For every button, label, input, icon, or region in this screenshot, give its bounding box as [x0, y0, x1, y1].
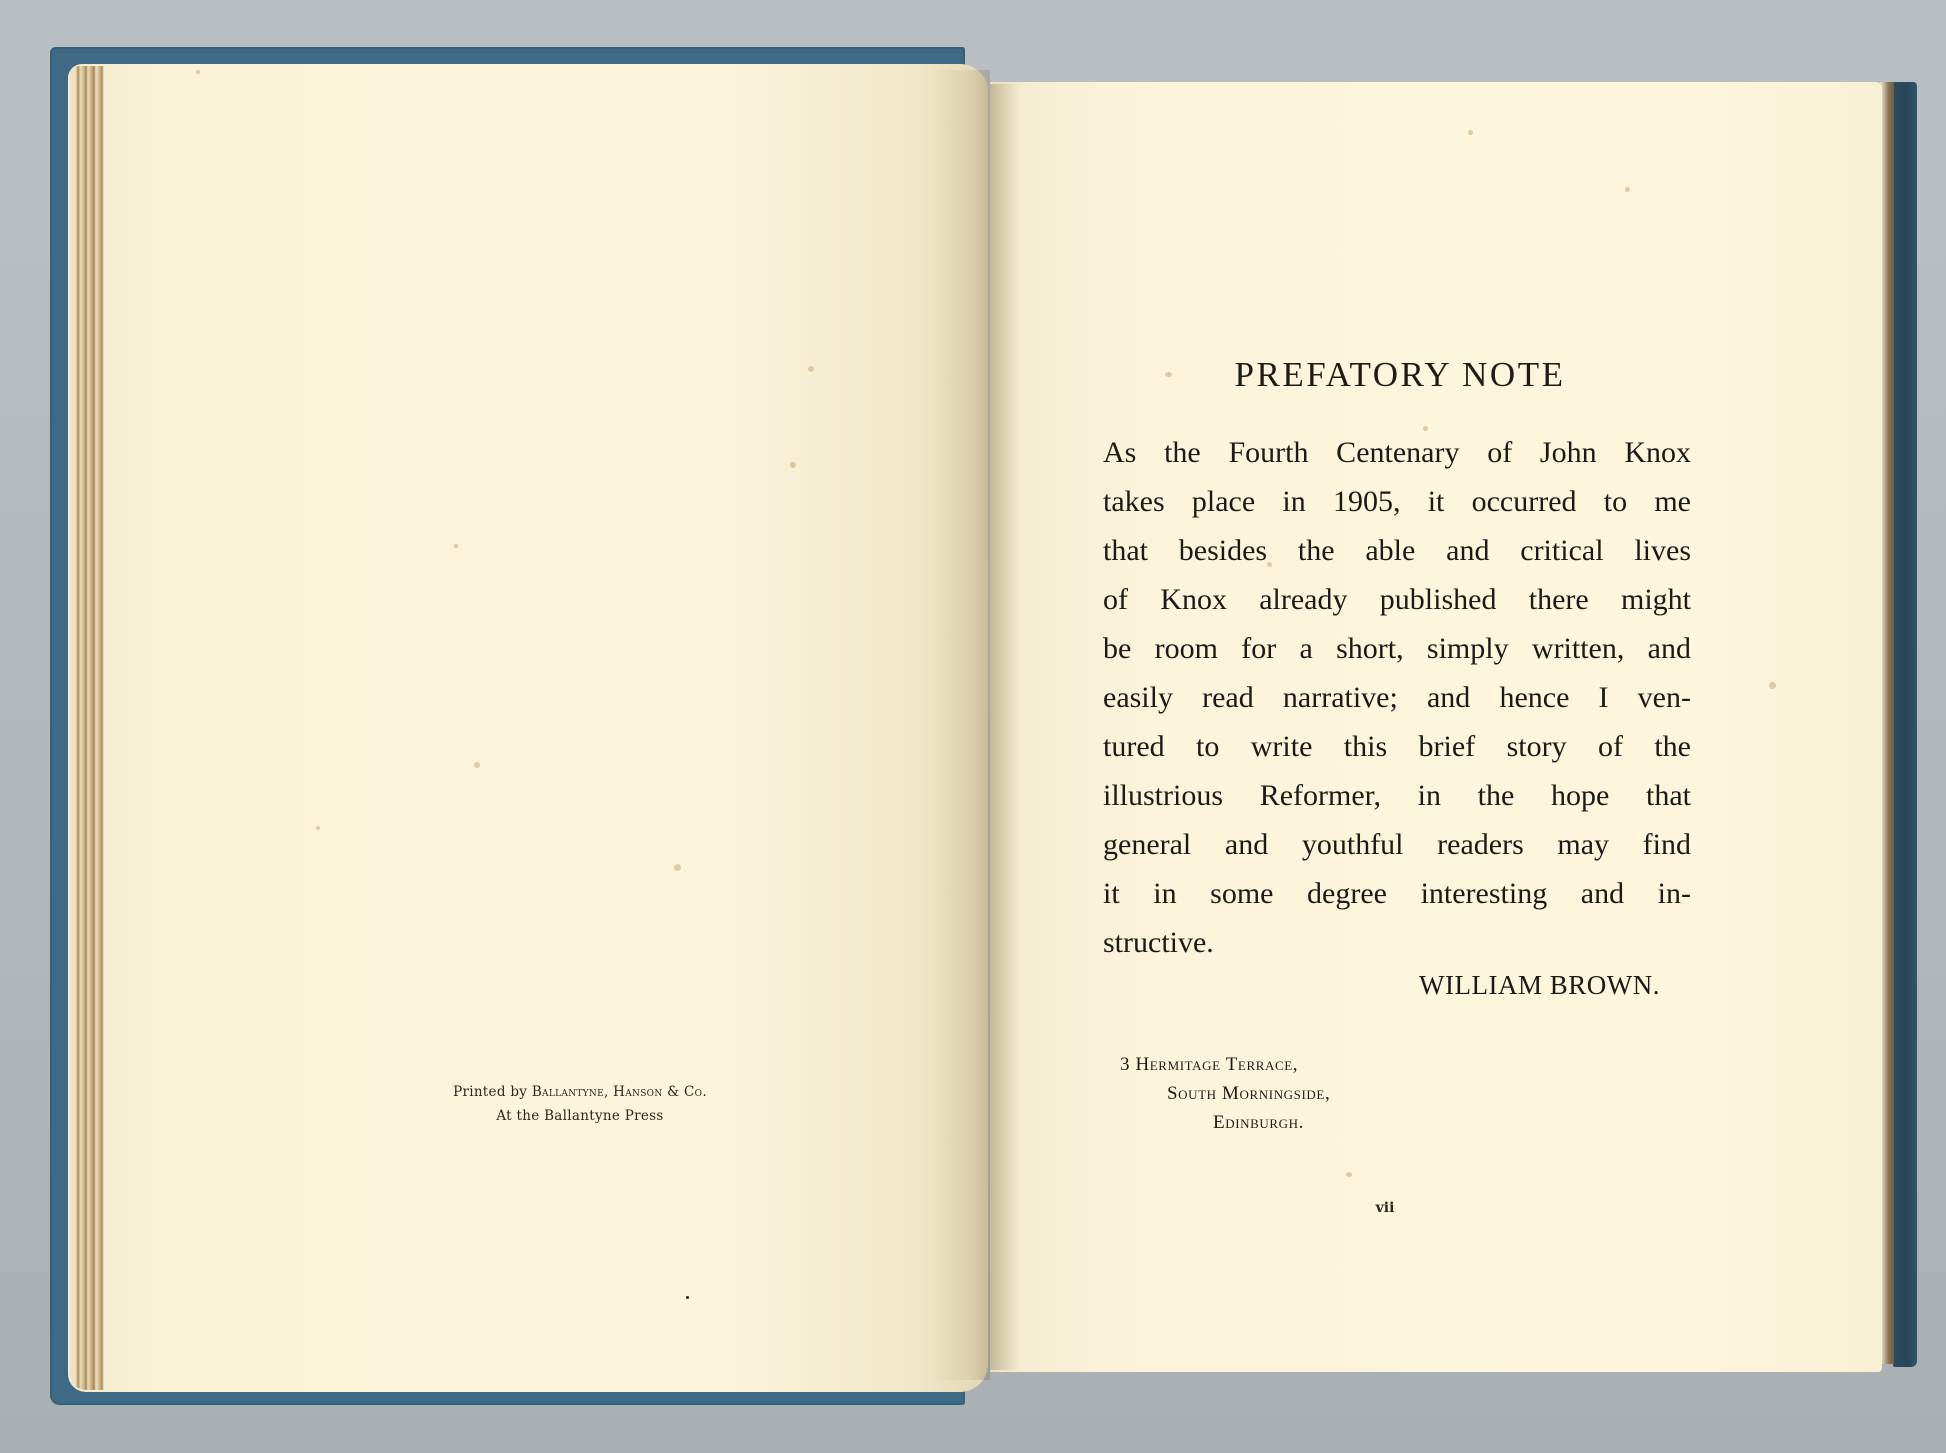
address-line-3: Edinburgh.	[1120, 1108, 1330, 1137]
foxing-spot	[1625, 187, 1630, 192]
foxing-spot	[1769, 682, 1776, 689]
imprint-line-1: Printed by Ballantyne, Hanson & Co.	[380, 1080, 780, 1104]
body-line: easily read narrative; and hence I ven-	[1103, 673, 1691, 722]
address-line-1: 3 Hermitage Terrace,	[1120, 1050, 1330, 1079]
body-line: illustrious Reformer, in the hope that	[1103, 771, 1691, 820]
right-cover-spine	[1893, 82, 1917, 1367]
body-line: that besides the able and critical lives	[1103, 526, 1691, 575]
right-page-block-edge	[1880, 82, 1894, 1364]
foxing-spot	[316, 826, 320, 830]
body-line: general and youthful readers may find	[1103, 820, 1691, 869]
foxing-spot	[1468, 130, 1473, 135]
foxing-spot	[686, 1296, 689, 1299]
left-page-block-edge	[70, 66, 110, 1390]
body-line: of Knox already published there might	[1103, 575, 1691, 624]
page-title: PREFATORY NOTE	[1100, 355, 1700, 395]
left-page	[68, 64, 988, 1392]
foxing-spot	[808, 366, 814, 372]
prefatory-note-body: As the Fourth Centenary of John Knox tak…	[1103, 428, 1691, 967]
foxing-spot	[196, 70, 200, 74]
foxing-spot	[1346, 1172, 1352, 1177]
imprint-line-2: At the Ballantyne Press	[380, 1104, 780, 1128]
foxing-spot	[790, 462, 796, 468]
page-number: vii	[1350, 1200, 1420, 1216]
gutter-shadow	[990, 84, 1018, 1370]
body-line: structive.	[1103, 918, 1691, 967]
author-address: 3 Hermitage Terrace, South Morningside, …	[1120, 1050, 1330, 1137]
foxing-spot	[674, 864, 681, 871]
gutter-shadow	[930, 70, 990, 1380]
author-signature: WILLIAM BROWN.	[1385, 970, 1660, 1001]
body-line: As the Fourth Centenary of John Knox	[1103, 428, 1691, 477]
printer-imprint: Printed by Ballantyne, Hanson & Co. At t…	[380, 1080, 780, 1128]
address-line-2: South Morningside,	[1120, 1079, 1330, 1108]
foxing-spot	[474, 762, 480, 768]
body-line: tured to write this brief story of the	[1103, 722, 1691, 771]
body-line: it in some degree interesting and in-	[1103, 869, 1691, 918]
body-line: be room for a short, simply written, and	[1103, 624, 1691, 673]
imprint-printer-name: Ballantyne, Hanson & Co.	[532, 1084, 707, 1100]
body-line: takes place in 1905, it occurred to me	[1103, 477, 1691, 526]
imprint-prefix: Printed by	[453, 1084, 532, 1100]
foxing-spot	[454, 544, 458, 548]
